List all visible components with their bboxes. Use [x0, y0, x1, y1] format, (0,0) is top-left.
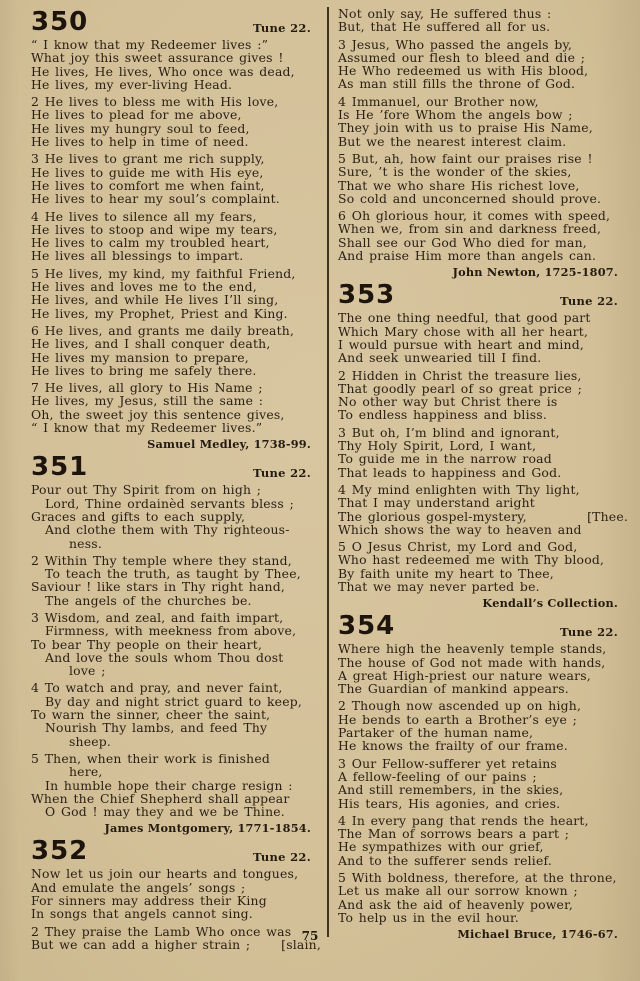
hymn-heading: 350Tune 22.	[31, 8, 323, 35]
verse: 6 He lives, and grants me daily breath,H…	[31, 324, 323, 377]
verse-line-text: He lives to hear my soul’s complaint.	[31, 191, 280, 206]
verse-line: Oh, the sweet joy this sentence gives,	[31, 408, 323, 421]
verse-line-text: Which shows the way to heaven and	[338, 522, 582, 537]
verse-line: He lives, my ever-living Head.	[31, 78, 323, 91]
verse-line-text: ness.	[69, 536, 102, 551]
verse: 2 Within Thy temple where they stand,To …	[31, 554, 323, 607]
verse: 5 But, ah, how faint our praises rise !S…	[338, 152, 630, 205]
verse-line: 7 He lives, all glory to His Name ;	[31, 381, 323, 394]
verse-line: The angels of the churches be.	[31, 594, 323, 607]
verse: The one thing needful, that good partWhi…	[338, 311, 630, 364]
verse: 5 O Jesus Christ, my Lord and God,Who ha…	[338, 540, 630, 593]
verse-line: When the Chief Shepherd shall appear	[31, 792, 323, 805]
verse-line: What joy this sweet assurance gives !	[31, 51, 323, 64]
verse: 4 Immanuel, our Brother now,Is He ’fore …	[338, 95, 630, 148]
verse-line: That goodly pearl of so great price ;	[338, 382, 630, 395]
hymn-number: 351	[31, 454, 88, 480]
verse-line-text: But we the nearest interest claim.	[338, 134, 566, 149]
verse-line-text: So cold and unconcerned should prove.	[338, 191, 601, 206]
verse-line: And ask the aid of heavenly power,	[338, 898, 630, 911]
verse-line-text: The angels of the churches be.	[45, 593, 252, 608]
verse-line: He lives and loves me to the end,	[31, 280, 323, 293]
verse-line: He lives, and while He lives I’ll sing,	[31, 293, 323, 306]
tune-label: Tune 22.	[253, 21, 323, 35]
verse-line: 5 But, ah, how faint our praises rise !	[338, 152, 630, 165]
verse-line: The one thing needful, that good part	[338, 311, 630, 324]
verse-line: He lives, and I shall conquer death,	[31, 337, 323, 350]
verse-line: ness.	[31, 537, 323, 550]
verse-line: “ I know that my Redeemer lives.”	[31, 421, 323, 434]
hymn-number: 354	[338, 613, 395, 639]
verse-line: 3 Wisdom, and zeal, and faith impart,	[31, 611, 323, 624]
verse-line-text: And praise Him more than angels can.	[338, 248, 596, 263]
verse-line: A fellow-feeling of our pains ;	[338, 770, 630, 783]
verse-line: In humble hope their charge resign :	[31, 779, 323, 792]
hymn-number: 352	[31, 838, 88, 864]
verse-line: 3 Our Fellow-sufferer yet retains	[338, 757, 630, 770]
hymn-heading: 352Tune 22.	[31, 837, 323, 864]
verse-line: He lives to hear my soul’s complaint.	[31, 192, 323, 205]
verse-line-text: 5 Then, when their work is finished	[31, 751, 270, 766]
verse-line: The Man of sorrows bears a part ;	[338, 827, 630, 840]
verse-line-text: He knows the frailty of our frame.	[338, 738, 568, 753]
verse-line: And to the sufferer sends relief.	[338, 854, 630, 867]
verse: 4 My mind enlighten with Thy light,That …	[338, 483, 630, 536]
verse-line-text: He lives, my Prophet, Priest and King.	[31, 306, 288, 321]
hymn-heading: 353Tune 22.	[338, 281, 630, 308]
verse-line: 4 He lives to silence all my fears,	[31, 210, 323, 223]
verse: Now let us join our hearts and tongues,A…	[31, 867, 323, 920]
verse-line: He lives to calm my troubled heart,	[31, 236, 323, 249]
tune-label: Tune 22.	[560, 294, 630, 308]
verse-line: Thy Holy Spirit, Lord, I want,	[338, 439, 630, 452]
verse-line: He Who redeemed us with His blood,	[338, 64, 630, 77]
verse-line: 3 He lives to grant me rich supply,	[31, 152, 323, 165]
hymn-heading: 354Tune 22.	[338, 612, 630, 639]
verse-line: The Guardian of mankind appears.	[338, 682, 630, 695]
verse-line: 5 Then, when their work is finished	[31, 752, 323, 765]
verse-line: Shall see our God Who died for man,	[338, 236, 630, 249]
verse-line-text: O God ! may they and we be Thine.	[45, 804, 285, 819]
column-divider-rule	[327, 7, 329, 937]
verse-line: Which shows the way to heaven and	[338, 523, 630, 536]
verse-line-text: love ;	[69, 663, 106, 678]
verse-line: Is He ’fore Whom the angels bow ;	[338, 108, 630, 121]
verse: 3 He lives to grant me rich supply,He li…	[31, 152, 323, 205]
verse: Where high the heavenly temple stands,Th…	[338, 642, 630, 695]
hymnal-page: 350Tune 22.“ I know that my Redeemer liv…	[0, 0, 640, 981]
verse-line: He lives all blessings to impart.	[31, 249, 323, 262]
verse-line: 6 He lives, and grants me daily breath,	[31, 324, 323, 337]
verse: 4 In every pang that rends the heart,The…	[338, 814, 630, 867]
verse: 5 With boldness, therefore, at the thron…	[338, 871, 630, 924]
verse-line: And clothe them with Thy righteous-	[31, 523, 323, 536]
verse-line: He lives my mansion to prepare,	[31, 351, 323, 364]
verse-line: That I may understand aright	[338, 496, 630, 509]
verse-line: 4 To watch and pray, and never faint,	[31, 681, 323, 694]
verse-line: He knows the frailty of our frame.	[338, 739, 630, 752]
verse-line: He lives to stoop and wipe my tears,	[31, 223, 323, 236]
hymn-column-right: Not only say, He suffered thus :But, tha…	[338, 7, 630, 943]
verse: “ I know that my Redeemer lives :”What j…	[31, 38, 323, 91]
verse: 4 To watch and pray, and never faint,By …	[31, 681, 323, 747]
verse-line: He lives to help in time of need.	[31, 135, 323, 148]
verse-line: To guide me in the narrow road	[338, 452, 630, 465]
verse-line: They join with us to praise His Name,	[338, 121, 630, 134]
verse-line: Where high the heavenly temple stands,	[338, 642, 630, 655]
verse-line: The house of God not made with hands,	[338, 656, 630, 669]
verse-line: To bear Thy people on their heart,	[31, 638, 323, 651]
verse-line-text: He lives to help in time of need.	[31, 134, 249, 149]
tune-label: Tune 22.	[560, 625, 630, 639]
verse: 4 He lives to silence all my fears,He li…	[31, 210, 323, 263]
verse-line-text: That leads to happiness and God.	[338, 465, 561, 480]
tune-label: Tune 22.	[253, 850, 323, 864]
verse-line: Not only say, He suffered thus :	[338, 7, 630, 20]
verse-line: 4 Immanuel, our Brother now,	[338, 95, 630, 108]
verse-line: His tears, His agonies, and cries.	[338, 797, 630, 810]
verse-line: Now let us join our hearts and tongues,	[31, 867, 323, 880]
verse-line: As man still fills the throne of God.	[338, 77, 630, 90]
verse-line-text: He lives all blessings to impart.	[31, 248, 243, 263]
verse-line-text: To help us in the evil hour.	[338, 910, 519, 925]
verse-line-text: He lives, my ever-living Head.	[31, 77, 232, 92]
verse-line: here,	[31, 765, 323, 778]
verse-line: 4 My mind enlighten with Thy light,	[338, 483, 630, 496]
verse-line: In songs that angels cannot sing.	[31, 907, 323, 920]
verse-line: 2 Within Thy temple where they stand,	[31, 554, 323, 567]
verse-line: To endless happiness and bliss.	[338, 408, 630, 421]
verse-line: No other way but Christ there is	[338, 395, 630, 408]
tune-label: Tune 22.	[253, 466, 323, 480]
verse-line: And still remembers, in the skies,	[338, 783, 630, 796]
verse-line: And seek unwearied till I find.	[338, 351, 630, 364]
verse-line: 3 But oh, I’m blind and ignorant,	[338, 426, 630, 439]
verse-line: 5 O Jesus Christ, my Lord and God,	[338, 540, 630, 553]
verse-line: A great High-priest our nature wears,	[338, 669, 630, 682]
verse-line-text: That we may never parted be.	[338, 579, 540, 594]
verse: 6 Oh glorious hour, it comes with speed,…	[338, 209, 630, 262]
verse: 2 Though now ascended up on high,He bend…	[338, 699, 630, 752]
verse-line: And love the souls whom Thou dost	[31, 651, 323, 664]
hymn-number: 353	[338, 282, 395, 308]
verse-line: love ;	[31, 664, 323, 677]
verse-line: He lives to bring me safely there.	[31, 364, 323, 377]
verse-line: O God ! may they and we be Thine.	[31, 805, 323, 818]
verse-line: And emulate the angels’ songs ;	[31, 881, 323, 894]
verse-line: When we, from sin and darkness freed,	[338, 222, 630, 235]
verse: Pour out Thy Spirit from on high ;Lord, …	[31, 483, 323, 549]
verse-line: He lives my hungry soul to feed,	[31, 122, 323, 135]
verse-line-text: His tears, His agonies, and cries.	[338, 796, 560, 811]
verse-line: That leads to happiness and God.	[338, 466, 630, 479]
verse-line: That we who share His richest love,	[338, 179, 630, 192]
verse-line: To help us in the evil hour.	[338, 911, 630, 924]
verse-line: 4 In every pang that rends the heart,	[338, 814, 630, 827]
verse-line: But we the nearest interest claim.	[338, 135, 630, 148]
verse: 3 But oh, I’m blind and ignorant,Thy Hol…	[338, 426, 630, 479]
verse-line: Let us make all our sorrow known ;	[338, 884, 630, 897]
verse-line: Graces and gifts to each supply,	[31, 510, 323, 523]
verse-line-text: But, that He suffered all for us.	[338, 19, 550, 34]
verse-line: sheep.	[31, 735, 323, 748]
verse-line: He lives to comfort me when faint,	[31, 179, 323, 192]
verse: 5 He lives, my kind, my faithful Friend,…	[31, 267, 323, 320]
hymn-heading: 351Tune 22.	[31, 453, 323, 480]
verse: 7 He lives, all glory to His Name ;He li…	[31, 381, 323, 434]
verse-line-text: To endless happiness and bliss.	[338, 407, 547, 422]
verse-line: But, that He suffered all for us.	[338, 20, 630, 33]
verse-line: By faith unite my heart to Thee,	[338, 567, 630, 580]
verse-line: Partaker of the human name,	[338, 726, 630, 739]
verse: 3 Jesus, Who passed the angels by,Assume…	[338, 38, 630, 91]
verse-line: To warn the sinner, cheer the saint,	[31, 708, 323, 721]
verse-line: 2 He lives to bless me with His love,	[31, 95, 323, 108]
verse-line: He lives, He lives, Who once was dead,	[31, 65, 323, 78]
verse-line: He lives, my Jesus, still the same :	[31, 394, 323, 407]
verse: 3 Wisdom, and zeal, and faith impart,Fir…	[31, 611, 323, 677]
verse-line: That we may never parted be.	[338, 580, 630, 593]
verse-line-text: And seek unwearied till I find.	[338, 350, 541, 365]
attribution: John Newton, 1725-1807.	[338, 265, 630, 279]
verse-line: 6 Oh glorious hour, it comes with speed,	[338, 209, 630, 222]
verse-line: To teach the truth, as taught by Thee,	[31, 567, 323, 580]
verse-line: [Thee.The glorious gospel-mystery,	[338, 510, 630, 523]
page-number: 75	[0, 929, 620, 943]
verse: 2 He lives to bless me with His love,He …	[31, 95, 323, 148]
verse-line: 2 Though now ascended up on high,	[338, 699, 630, 712]
verse-line: So cold and unconcerned should prove.	[338, 192, 630, 205]
verse-line: He lives to plead for me above,	[31, 108, 323, 121]
attribution: Kendall’s Collection.	[338, 596, 630, 610]
verse-line-text: In songs that angels cannot sing.	[31, 906, 253, 921]
verse-line: I would pursue with heart and mind,	[338, 338, 630, 351]
verse: 5 Then, when their work is finishedhere,…	[31, 752, 323, 818]
verse-line: He lives to guide me with His eye,	[31, 166, 323, 179]
verse-line: “ I know that my Redeemer lives :”	[31, 38, 323, 51]
verse-line: 5 He lives, my kind, my faithful Friend,	[31, 267, 323, 280]
verse-line: He lives, my Prophet, Priest and King.	[31, 307, 323, 320]
verse-line: He bends to earth a Brother’s eye ;	[338, 713, 630, 726]
verse: 3 Our Fellow-sufferer yet retainsA fello…	[338, 757, 630, 810]
verse: Not only say, He suffered thus :But, tha…	[338, 7, 630, 34]
verse-line-text: He lives to bring me safely there.	[31, 363, 257, 378]
verse-line: For sinners may address their King	[31, 894, 323, 907]
verse-line: Pour out Thy Spirit from on high ;	[31, 483, 323, 496]
verse: 2 Hidden in Christ the treasure lies,Tha…	[338, 369, 630, 422]
hymn-number: 350	[31, 9, 88, 35]
verse-line: And praise Him more than angels can.	[338, 249, 630, 262]
verse-line: Sure, ’t is the wonder of the skies,	[338, 165, 630, 178]
verse-line-text: sheep.	[69, 734, 111, 749]
verse-line: Saviour ! like stars in Thy right hand,	[31, 580, 323, 593]
verse-line: 2 Hidden in Christ the treasure lies,	[338, 369, 630, 382]
verse-line: Assumed our flesh to bleed and die ;	[338, 51, 630, 64]
verse-line: He sympathizes with our grief,	[338, 840, 630, 853]
verse-line-text: The Guardian of mankind appears.	[338, 681, 569, 696]
verse-line: 5 With boldness, therefore, at the thron…	[338, 871, 630, 884]
wrapped-word-bracket: [Thee.	[587, 510, 630, 523]
attribution: Samuel Medley, 1738-99.	[31, 437, 323, 451]
verse-line-text: And to the sufferer sends relief.	[338, 853, 552, 868]
verse-line: Which Mary chose with all her heart,	[338, 325, 630, 338]
verse-line: Nourish Thy lambs, and feed Thy	[31, 721, 323, 734]
verse-line-text: “ I know that my Redeemer lives.”	[31, 420, 262, 435]
hymn-column-left: 350Tune 22.“ I know that my Redeemer liv…	[31, 7, 323, 955]
verse-line: By day and night strict guard to keep,	[31, 695, 323, 708]
verse-line: Firmness, with meekness from above,	[31, 624, 323, 637]
attribution: James Montgomery, 1771-1854.	[31, 821, 323, 835]
verse-line: Who hast redeemed me with Thy blood,	[338, 553, 630, 566]
verse-line-text: As man still fills the throne of God.	[338, 76, 575, 91]
verse-line: Lord, Thine ordainèd servants bless ;	[31, 497, 323, 510]
verse-line: 3 Jesus, Who passed the angels by,	[338, 38, 630, 51]
